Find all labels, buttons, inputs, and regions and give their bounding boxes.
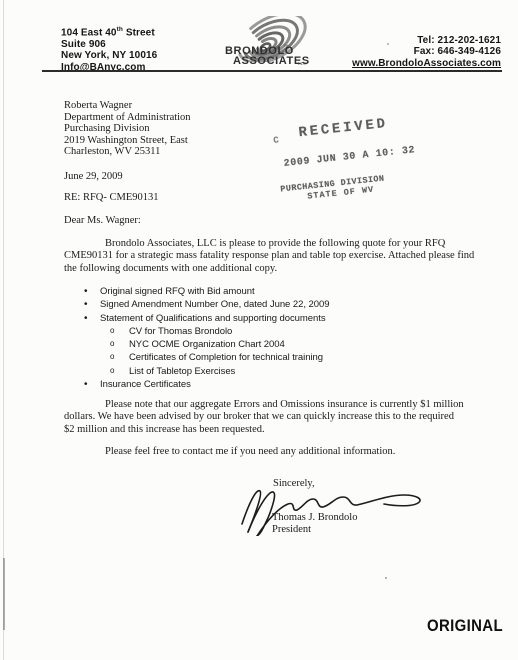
website-text: www.BrondoloAssociates.com <box>352 58 501 69</box>
recipient-dept: Department of Administration <box>64 112 191 124</box>
circle-bullet-icon: o <box>110 337 129 350</box>
fax-line: Fax: 646-349-4126 <box>352 46 501 57</box>
bullet-icon: • <box>84 298 100 311</box>
paragraph-3: Please feel free to contact me if you ne… <box>105 446 395 457</box>
p1-line2: CME90131 for a strategic mass fatality r… <box>64 250 464 262</box>
list-item: •Statement of Qualifications and support… <box>84 312 329 325</box>
letterhead-divider <box>42 70 502 72</box>
list-item: •Original signed RFQ with Bid amount <box>84 285 329 298</box>
paragraph-1: Brondolo Associates, LLC is please to pr… <box>64 238 464 275</box>
street-line: 104 East 40th Street <box>61 24 157 39</box>
company-logo: BRONDOLO ™ ASSOCIATES LLC <box>220 14 330 70</box>
p2-line1: Please note that our aggregate Errors an… <box>64 399 464 411</box>
scan-edge-artifact-dark <box>3 558 5 630</box>
stamp-mark: C <box>273 135 279 146</box>
sub-list-item: oNYC OCME Organization Chart 2004 <box>110 338 329 351</box>
received-stamp: C RECEIVED 2009 JUN 30 A 10: 32 PURCHASI… <box>272 106 490 217</box>
recipient-city: Charleston, WV 25311 <box>64 146 191 158</box>
stamp-received-text: RECEIVED <box>298 116 389 141</box>
stamp-datetime: 2009 JUN 30 A 10: 32 <box>283 145 415 170</box>
original-stamp: ORIGINAL <box>427 616 503 636</box>
handwritten-signature <box>236 482 436 536</box>
paragraph-2: Please note that our aggregate Errors an… <box>64 399 464 436</box>
salutation: Dear Ms. Wagner: <box>64 215 141 226</box>
tel-line: Tel: 212-202-1621 <box>352 35 501 46</box>
p2-line2: dollars. We have been advised by our bro… <box>64 411 464 423</box>
sub-list-item: oList of Tabletop Exercises <box>110 365 329 378</box>
letterhead-contact: Tel: 212-202-1621 Fax: 646-349-4126 www.… <box>352 35 501 69</box>
signer-name: Thomas J. Brondolo <box>272 512 357 523</box>
p2-line3: $2 million and this increase has been re… <box>64 424 464 436</box>
letter-date: June 29, 2009 <box>64 171 123 182</box>
attachment-list: •Original signed RFQ with Bid amount •Si… <box>84 285 329 391</box>
recipient-address: Roberta Wagner Department of Administrat… <box>64 100 191 158</box>
list-item: •Signed Amendment Number One, dated June… <box>84 298 329 311</box>
recipient-street: 2019 Washington Street, East <box>64 135 191 147</box>
scanned-letter-page: 104 East 40th Street Suite 906 New York,… <box>0 0 518 660</box>
bullet-icon: • <box>84 378 100 391</box>
recipient-name: Roberta Wagner <box>64 100 191 112</box>
p1-line1: Brondolo Associates, LLC is please to pr… <box>64 238 464 250</box>
recipient-division: Purchasing Division <box>64 123 191 135</box>
sub-list-item: oCV for Thomas Brondolo <box>110 325 329 338</box>
subject-line: RE: RFQ- CME90131 <box>64 192 159 203</box>
scan-speck <box>387 43 389 45</box>
city-line: New York, NY 10016 <box>61 50 157 61</box>
bullet-icon: • <box>84 285 100 298</box>
suite-line: Suite 906 <box>61 39 157 50</box>
trademark-symbol: ™ <box>283 45 288 50</box>
logo-llc-suffix: LLC <box>298 61 307 66</box>
scan-speck <box>385 577 387 579</box>
bullet-icon: • <box>84 312 100 325</box>
circle-bullet-icon: o <box>110 350 129 363</box>
signer-title: President <box>272 524 311 535</box>
letterhead-address: 104 East 40th Street Suite 906 New York,… <box>61 24 157 73</box>
sub-list-item: oCertificates of Completion for technica… <box>110 351 329 364</box>
circle-bullet-icon: o <box>110 324 129 337</box>
circle-bullet-icon: o <box>110 364 129 377</box>
list-item: •Insurance Certificates <box>84 378 329 391</box>
p1-line3: the following documents with one additio… <box>64 263 464 275</box>
